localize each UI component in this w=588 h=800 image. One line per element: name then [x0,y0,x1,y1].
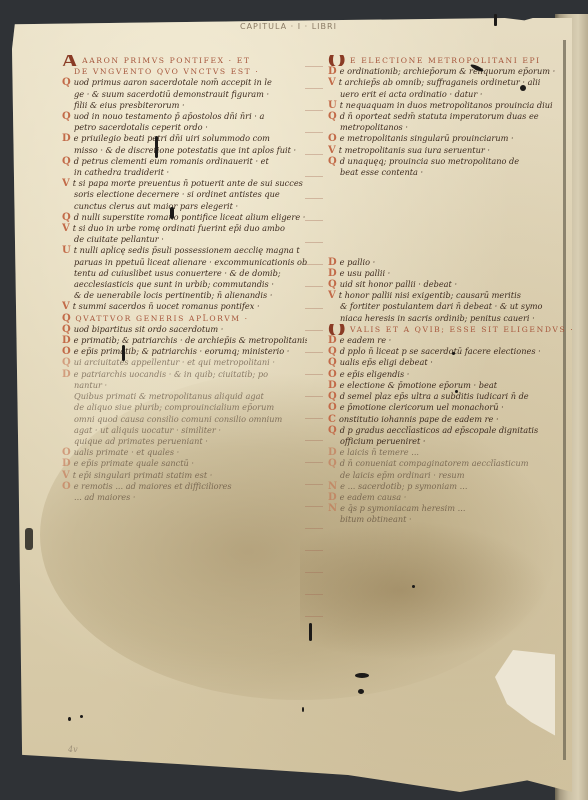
rubricated-initial: V [62,178,70,189]
rubricated-initial: D [62,458,71,469]
entry-text: e patriarchis uocandis · & in quib; ciui… [74,369,268,379]
folio-number: 4v [68,745,78,754]
entry-text: t nulli apl̄icę sedis p̄suli possessione… [74,245,300,255]
entry-text: de ciuitate pellantur · [74,234,164,244]
wormhole [25,528,33,550]
chapter-entry: De eadem re · [328,335,573,346]
entry-text: tentu ad cuiuslibet usus conuertere · & … [74,268,281,278]
rubricated-initial: O [62,447,71,458]
entry-text: e metropolitanis singularū prouinciarum … [340,133,514,143]
rubricated-initial: V [328,145,336,156]
chapter-entry: De priuilegio beati petri dn̄i uiri solu… [62,133,307,144]
ink-blot [170,207,174,219]
entry-text: niaca heresis in sacris ordinib; penitus… [340,313,535,323]
blank-line [328,234,573,245]
entry-text: omni quod causa consilio comuni consilio… [74,414,282,424]
entry-text: e remotis ... ad maiores et difficiliore… [74,481,232,491]
rubricated-initial: V [328,290,336,301]
rubricated-initial: V [62,223,70,234]
rubricated-initial: Q [328,357,337,368]
chapter-entry: Oe metropolitanis singularū prouinciarum… [328,133,573,144]
chapter-entry: Qualis ep̄s eligi debeat · [328,357,573,368]
rubric-heading: AAARON PRIMVS PONTIFEX · ET [62,55,307,66]
rubricated-initial: Q [328,156,337,167]
chapter-entry: Qd ppl̄o n̄ liceat p se sacerdotū facere… [328,346,573,357]
entry-text: t nequaquam in duos metropolitanos proui… [340,100,553,110]
rubricated-initial: Q [62,111,71,122]
chapter-entry: niaca heresis in sacris ordinib; penitus… [328,313,573,324]
entry-text: e ep̄is primate quale sanctū · [74,458,194,468]
chapter-entry: Vt si duo in urbe romę ordinati fuerint … [62,223,307,234]
chapter-entry: De ordinationib; archiep̄orum & reliquor… [328,66,573,77]
chapter-entry: De ep̄is primate quale sanctū · [62,458,307,469]
rubricated-initial: V [62,470,70,481]
entry-text: e ep̄is eligendis · [340,369,410,379]
entry-text: onstitutio iohannis pape de eadem re · [339,414,499,424]
rubricated-initial: N [328,503,337,514]
entry-text: d petrus clementi eum romanis ordinaueri… [74,156,269,166]
rubricated-initial: O [328,402,337,413]
wormhole [412,585,415,588]
blank-line [328,189,573,200]
entry-text: uod in nouo testamento p̄ ap̄ostolos dn̄… [74,111,265,121]
rubricated-initial: Q [328,391,337,402]
rubricated-initial: V [62,301,70,312]
rubricated-initial: O [328,55,347,66]
rubricated-initial: D [62,133,71,144]
entry-text: uod bipartitus sit ordo sacerdotum · [74,324,224,334]
entry-text: ualis ep̄s eligi debeat · [340,357,433,367]
entry-text: agat · ut aliquis uocatur · similiter · [74,425,221,435]
chapter-entry: omni quod causa consilio comuni consilio… [62,414,307,425]
rubricated-initial: Q [328,111,337,122]
chapter-entry: Qd nulli superstite romano pontifice lic… [62,212,307,223]
blank-line [328,212,573,223]
entry-text: t honor pallii nisi exigentib; causarū m… [339,290,521,300]
rubricated-initial: O [328,133,337,144]
entry-text: t ep̄i singulari primati statim est · [73,470,213,480]
chapter-entry: Quod in nouo testamento p̄ ap̄ostolos dn… [62,111,307,122]
entry-text: E ELECTIONE METROPOLITANI EPI [350,56,541,65]
entry-text: ... ad maiores · [74,492,136,502]
chapter-entry: Vt archiep̄s ab omnib; suffraganeis ordi… [328,77,573,88]
entry-text: petro sacerdotalis ceperit ordo · [74,122,208,132]
chapter-entry: nantur · [62,380,307,391]
rubricated-initial: Q [328,346,337,357]
chapter-entry: misso · & de discretione potestatis que … [62,145,307,156]
entry-text: e ordinationib; archiep̄orum & reliquoru… [340,66,556,76]
chapter-entry: & de uenerabile locis pertinentib; n̄ al… [62,290,307,301]
entry-text: e usu pallii · [340,268,391,278]
entry-text: t si duo in urbe romę ordinati fuerint e… [73,223,285,233]
entry-text: ui arciuitates appellentur · et qui metr… [74,357,275,367]
chapter-entry: Vt si papa morte preuentus n̄ potuerit a… [62,178,307,189]
chapter-entry: Oe p̄motione clericorum uel monachorū · [328,402,573,413]
chapter-entry: De eadem causa · [328,492,573,503]
entry-text: t metropolitanis sua iura seruentur · [339,145,490,155]
chapter-entry: Oe ep̄is eligendis · [328,369,573,380]
margin-ruling-marks [305,58,323,638]
wormhole [455,390,458,393]
wormhole [302,707,304,712]
chapter-entry: agat · ut aliquis uocatur · similiter · [62,425,307,436]
entry-text: AARON PRIMVS PONTIFEX · ET [82,56,250,65]
entry-text: d nulli superstite romano pontifice lice… [74,212,306,222]
chapter-entry: in cathedra tradiderit · [62,167,307,178]
rubricated-initial: O [62,346,71,357]
blank-line [328,201,573,212]
rubric-heading: QQVATTVOR GENERIS APL̄ORVM · [62,313,307,324]
rubricated-initial: Q [328,279,337,290]
entry-text: paruas in ppetuū liceat alienare · excom… [74,257,307,267]
chapter-entry: ge · & suum sacerdotiū demonstrauit figu… [62,89,307,100]
entry-text: aecclesiasticis que sunt in urbib; commu… [74,279,274,289]
chapter-entry: & fortiter postulantem dari n̄ debeat · … [328,301,573,312]
entry-text: soris electione decernere · si ordinet a… [74,189,280,199]
entry-text: t archiep̄s ab omnib; suffraganeis ordin… [339,77,541,87]
entry-text: t si papa morte preuentus n̄ potuerit an… [73,178,303,188]
chapter-entry: soris electione decernere · si ordinet a… [62,189,307,200]
chapter-entry: Constitutio iohannis pape de eadem re · [328,414,573,425]
chapter-entry: De laicis n̄ temere ... [328,447,573,458]
chapter-entry: Ut nequaquam in duos metropolitanos prou… [328,100,573,111]
rubricated-initial: Q [328,425,337,436]
chapter-entry: Qd semel plaz ep̄s ultra a subditis iudi… [328,391,573,402]
entry-text: d semel plaz ep̄s ultra a subditis iudic… [340,391,529,401]
chapter-entry: De electione & p̄motione ep̄orum · beat [328,380,573,391]
entry-text: nantur · [74,380,107,390]
chapter-entry: De pallio · [328,257,573,268]
entry-text: de aliquo siue plurib; comprouincialium … [74,402,274,412]
blank-line [328,178,573,189]
entry-text: Quibus primati & metropolitanus aliquid … [74,391,264,401]
entry-text: misso · & de discretione potestatis que … [74,145,296,155]
rubricated-initial: D [328,335,337,346]
rubricated-initial: A [62,55,79,66]
wormhole [520,85,526,91]
blank-line [328,245,573,256]
chapter-entry: aecclesiasticis que sunt in urbib; commu… [62,279,307,290]
rubricated-initial: Q [62,156,71,167]
ink-blot [155,136,158,158]
rubricated-initial: D [328,492,337,503]
entry-text: quique ad primates perueniant · [74,436,208,446]
rubricated-initial: Q [62,77,71,88]
ink-blot [309,623,312,641]
entry-text: e electione & p̄motione ep̄orum · beat [340,380,497,390]
entry-text: uero erit ei acta ordinatio · datur · [340,89,482,99]
chapter-entry: Qd n̄ conueniat compaginatorem aecclīast… [328,458,573,469]
wormhole [358,689,364,694]
rubric-heading: DE VNGVENTO QVO VNCTVS EST · [62,66,307,77]
entry-text: t summi sacerdos n̄ uocet romanus pontif… [73,301,260,311]
entry-text: e laicis n̄ temere ... [340,447,419,457]
entry-text: metropolitanos · [340,122,408,132]
entry-text: e ... sacerdotib; p symoniam ... [340,481,467,491]
chapter-entry: Qd petrus clementi eum romanis ordinauer… [62,156,307,167]
chapter-entry: officium perueniret · [328,436,573,447]
chapter-entry: Ut nulli apl̄icę sedis p̄suli possession… [62,245,307,256]
entry-text: e pallio · [340,257,376,267]
entry-text: e eadem re · [340,335,392,345]
entry-text: cunctus clerus aut maior pars elegerit · [74,201,238,211]
rubric-heading: OE ELECTIONE METROPOLITANI EPI [328,55,573,66]
running-head: CAPITULA · I · LIBRI [240,22,337,31]
blank-line [328,223,573,234]
rubricated-initial: Q [62,324,71,335]
rubricated-initial: Q [62,313,72,324]
rubricated-initial: V [328,77,336,88]
rubricated-initial: O [62,481,71,492]
chapter-entry: petro sacerdotalis ceperit ordo · [62,122,307,133]
chapter-entry: cunctus clerus aut maior pars elegerit · [62,201,307,212]
chapter-entry: paruas in ppetuū liceat alienare · excom… [62,257,307,268]
chapter-entry: Qd unaquęq; prouincia suo metropolitano … [328,156,573,167]
chapter-entry: uero erit ei acta ordinatio · datur · [328,89,573,100]
rubricated-initial: Q [62,357,71,368]
entry-text: e eadem causa · [340,492,407,502]
chapter-entry: de laicis ep̄m ordinari · resum [328,470,573,481]
entry-text: & fortiter postulantem dari n̄ debeat · … [340,301,542,311]
rubricated-initial: U [62,245,71,256]
chapter-entry: Oe remotis ... ad maiores et difficilior… [62,481,307,492]
entry-text: e priuilegio beati petri dn̄i uiri solum… [74,133,270,143]
chapter-entry: Qd n̄ oporteat sedm̄ statuta imperatorum… [328,111,573,122]
chapter-entry: Quid sit honor pallii · debeat · [328,279,573,290]
chapter-entry: ... ad maiores · [62,492,307,503]
entry-text: DE VNGVENTO QVO VNCTVS EST · [74,67,259,76]
rubricated-initial: O [328,369,337,380]
entry-text: VALIS ET A QVIB; ESSE SIT ELIGENDVS · [350,325,573,334]
chapter-entry: Quod bipartitus sit ordo sacerdotum · [62,324,307,335]
rubricated-initial: D [62,369,71,380]
entry-text: d unaquęq; prouincia suo metropolitano d… [340,156,519,166]
entry-text: beat esse contenta · [340,167,423,177]
chapter-entry: tentu ad cuiuslibet usus conuertere · & … [62,268,307,279]
rubricated-initial: D [328,447,337,458]
chapter-entry: Vt honor pallii nisi exigentib; causarū … [328,290,573,301]
chapter-entry: Vt metropolitanis sua iura seruentur · [328,145,573,156]
chapter-entry: Quibus primati & metropolitanus aliquid … [62,391,307,402]
rubricated-initial: U [328,100,337,111]
chapter-entry: quique ad primates perueniant · [62,436,307,447]
entry-text: officium perueniret · [340,436,425,446]
rubricated-initial: D [328,66,337,77]
wormhole [68,717,71,721]
chapter-entry: Oe ep̄is primatib; & patriarchis · eorum… [62,346,307,357]
chapter-entry: Qui arciuitates appellentur · et qui met… [62,357,307,368]
chapter-entry: Ne ... sacerdotib; p symoniam ... [328,481,573,492]
chapter-entry: De usu pallii · [328,268,573,279]
rubricated-initial: D [328,268,337,279]
rubricated-initial: D [328,380,337,391]
entry-text: e ep̄is primatib; & patriarchis · eorumq… [74,346,290,356]
wormhole [452,352,455,355]
wormhole [494,14,497,26]
entry-text: d n̄ conueniat compaginatorem aecclīasti… [340,458,529,468]
chapter-entry: beat esse contenta · [328,167,573,178]
chapter-entry: Qd p gradus aecclīasticos ad ep̄scopale … [328,425,573,436]
chapter-entry: Oualis primate · et quales · [62,447,307,458]
ink-blot [122,345,125,361]
chapter-entry: Quod primus aaron sacerdotale nom̄ accep… [62,77,307,88]
rubricated-initial: Q [328,458,337,469]
entry-text: filii & eius presbiterorum · [74,100,185,110]
entry-text: ge · & suum sacerdotiū demonstrauit figu… [74,89,269,99]
chapter-entry: Ne q̄s p symoniacam heresim ... [328,503,573,514]
chapter-entry: filii & eius presbiterorum · [62,100,307,111]
wormhole [80,715,83,718]
chapter-entry: Vt summi sacerdos n̄ uocet romanus ponti… [62,301,307,312]
left-column: AAARON PRIMVS PONTIFEX · ETDE VNGVENTO Q… [62,55,307,503]
rubricated-initial: C [328,414,336,425]
chapter-entry: De primatib; & patriarchis · de archiep̄… [62,335,307,346]
entry-text: QVATTVOR GENERIS APL̄ORVM · [75,314,248,323]
chapter-entry: bitum obtineant · [328,514,573,525]
chapter-entry: de ciuitate pellantur · [62,234,307,245]
chapter-entry: De patriarchis uocandis · & in quib; ciu… [62,369,307,380]
entry-text: bitum obtineant · [340,514,412,524]
entry-text: & de uenerabile locis pertinentib; n̄ al… [74,290,272,300]
chapter-entry: Vt ep̄i singulari primati statim est · [62,470,307,481]
rubricated-initial: D [328,257,337,268]
rubricated-initial: Q [62,212,71,223]
entry-text: in cathedra tradiderit · [74,167,169,177]
right-column: OE ELECTIONE METROPOLITANI EPIDe ordinat… [328,55,573,526]
rubricated-initial: D [62,335,71,346]
chapter-entry: metropolitanos · [328,122,573,133]
entry-text: e p̄motione clericorum uel monachorū · [340,402,504,412]
entry-text: de laicis ep̄m ordinari · resum [340,470,464,480]
rubricated-initial: Q [328,324,347,335]
entry-text: e primatib; & patriarchis · de archiep̄i… [74,335,307,345]
entry-text: d p gradus aecclīasticos ad ep̄scopale d… [340,425,538,435]
entry-text: uod primus aaron sacerdotale nom̄ accepi… [74,77,272,87]
rubric-heading: QVALIS ET A QVIB; ESSE SIT ELIGENDVS · [328,324,573,335]
entry-text: ualis primate · et quales · [74,447,180,457]
chapter-entry: de aliquo siue plurib; comprouincialium … [62,402,307,413]
entry-text: uid sit honor pallii · debeat · [340,279,457,289]
entry-text: d n̄ oporteat sedm̄ statuta imperatorum … [340,111,539,121]
rubricated-initial: N [328,481,337,492]
entry-text: d ppl̄o n̄ liceat p se sacerdotū facere … [340,346,541,356]
entry-text: e q̄s p symoniacam heresim ... [340,503,465,513]
wormhole [355,673,369,678]
